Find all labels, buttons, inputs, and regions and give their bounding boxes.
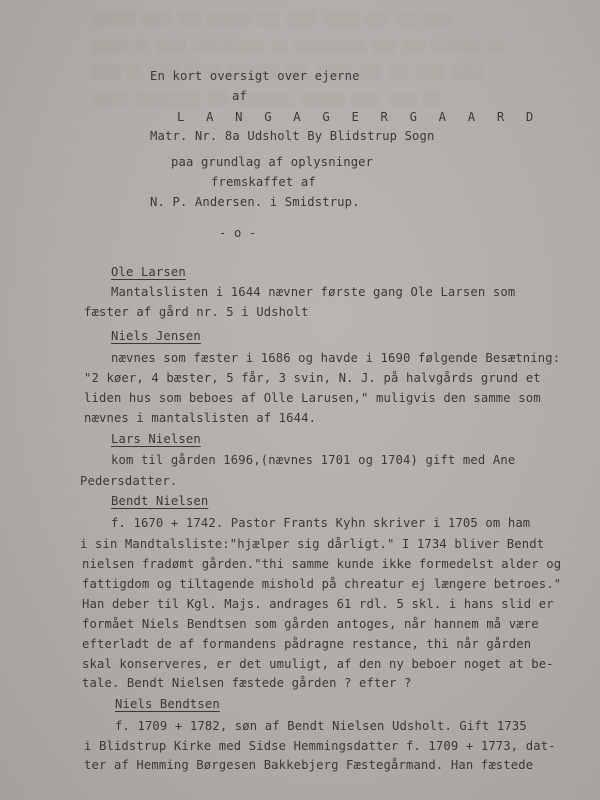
- text-line: Mantalslisten i 1644 nævner første gang …: [111, 285, 515, 299]
- text-line: nævnes som fæster i 1686 og havde i 1690…: [111, 351, 560, 365]
- text-line: f. 1670 + 1742. Pastor Frants Kyhn skriv…: [111, 516, 530, 530]
- title-line-1: En kort oversigt over ejerne: [150, 69, 360, 83]
- text-line: i Blidstrup Kirke med Sidse Hemmingsdatt…: [84, 739, 556, 753]
- text-line: "2 køer, 4 bæster, 5 får, 3 svin, N. J. …: [84, 371, 541, 385]
- title-line-5: paa grundlag af oplysninger: [171, 155, 373, 169]
- text-line: skal konserveres, er det umuligt, af den…: [82, 657, 554, 671]
- text-line: fæster af gård nr. 5 i Udsholt: [84, 305, 309, 319]
- text-line: f. 1709 + 1782, søn af Bendt Nielsen Uds…: [115, 719, 527, 733]
- farm-name-title: L A N G A G E R G A A R D: [177, 110, 540, 124]
- text-line: i sin Mandtalsliste:"hjælper sig dårligt…: [80, 537, 544, 551]
- text-line: nævnes i mantalslisten af 1644.: [84, 411, 316, 425]
- separator: - o -: [219, 226, 256, 240]
- text-line: ter af Hemming Børgesen Bakkebjerg Fæste…: [84, 758, 533, 772]
- text-line: efterladt de af formandens pådragne rest…: [82, 637, 531, 651]
- heading-niels-jensen: Niels Jensen: [111, 329, 201, 343]
- text-line: Han deber til Kgl. Majs. andrages 61 rdl…: [82, 597, 554, 611]
- title-line-7: N. P. Andersen. i Smidstrup.: [150, 195, 360, 209]
- text-line: tale. Bendt Nielsen fæstede gården ? eft…: [82, 676, 411, 690]
- title-line-2: af: [232, 89, 247, 103]
- text-line: kom til gården 1696,(nævnes 1701 og 1704…: [111, 453, 515, 467]
- heading-lars-nielsen: Lars Nielsen: [111, 432, 201, 446]
- text-line: Pedersdatter.: [80, 474, 177, 488]
- text-line: nielsen fradømt gården."thi samme kunde …: [82, 557, 561, 571]
- text-line: fattigdom og tiltagende mishold på chrea…: [82, 577, 561, 591]
- heading-ole-larsen: Ole Larsen: [111, 265, 186, 279]
- heading-bendt-nielsen: Bendt Nielsen: [111, 494, 208, 508]
- title-line-4: Matr. Nr. 8a Udsholt By Blidstrup Sogn: [150, 129, 435, 143]
- typewritten-page: En kort oversigt over ejerne af L A N G …: [0, 0, 600, 800]
- text-line: liden hus som beboes af Olle Larusen," m…: [84, 391, 541, 405]
- text-line: formået Niels Bendtsen som gården antoge…: [82, 617, 539, 631]
- heading-niels-bendtsen: Niels Bendtsen: [115, 697, 220, 711]
- title-line-6: fremskaffet af: [211, 175, 316, 189]
